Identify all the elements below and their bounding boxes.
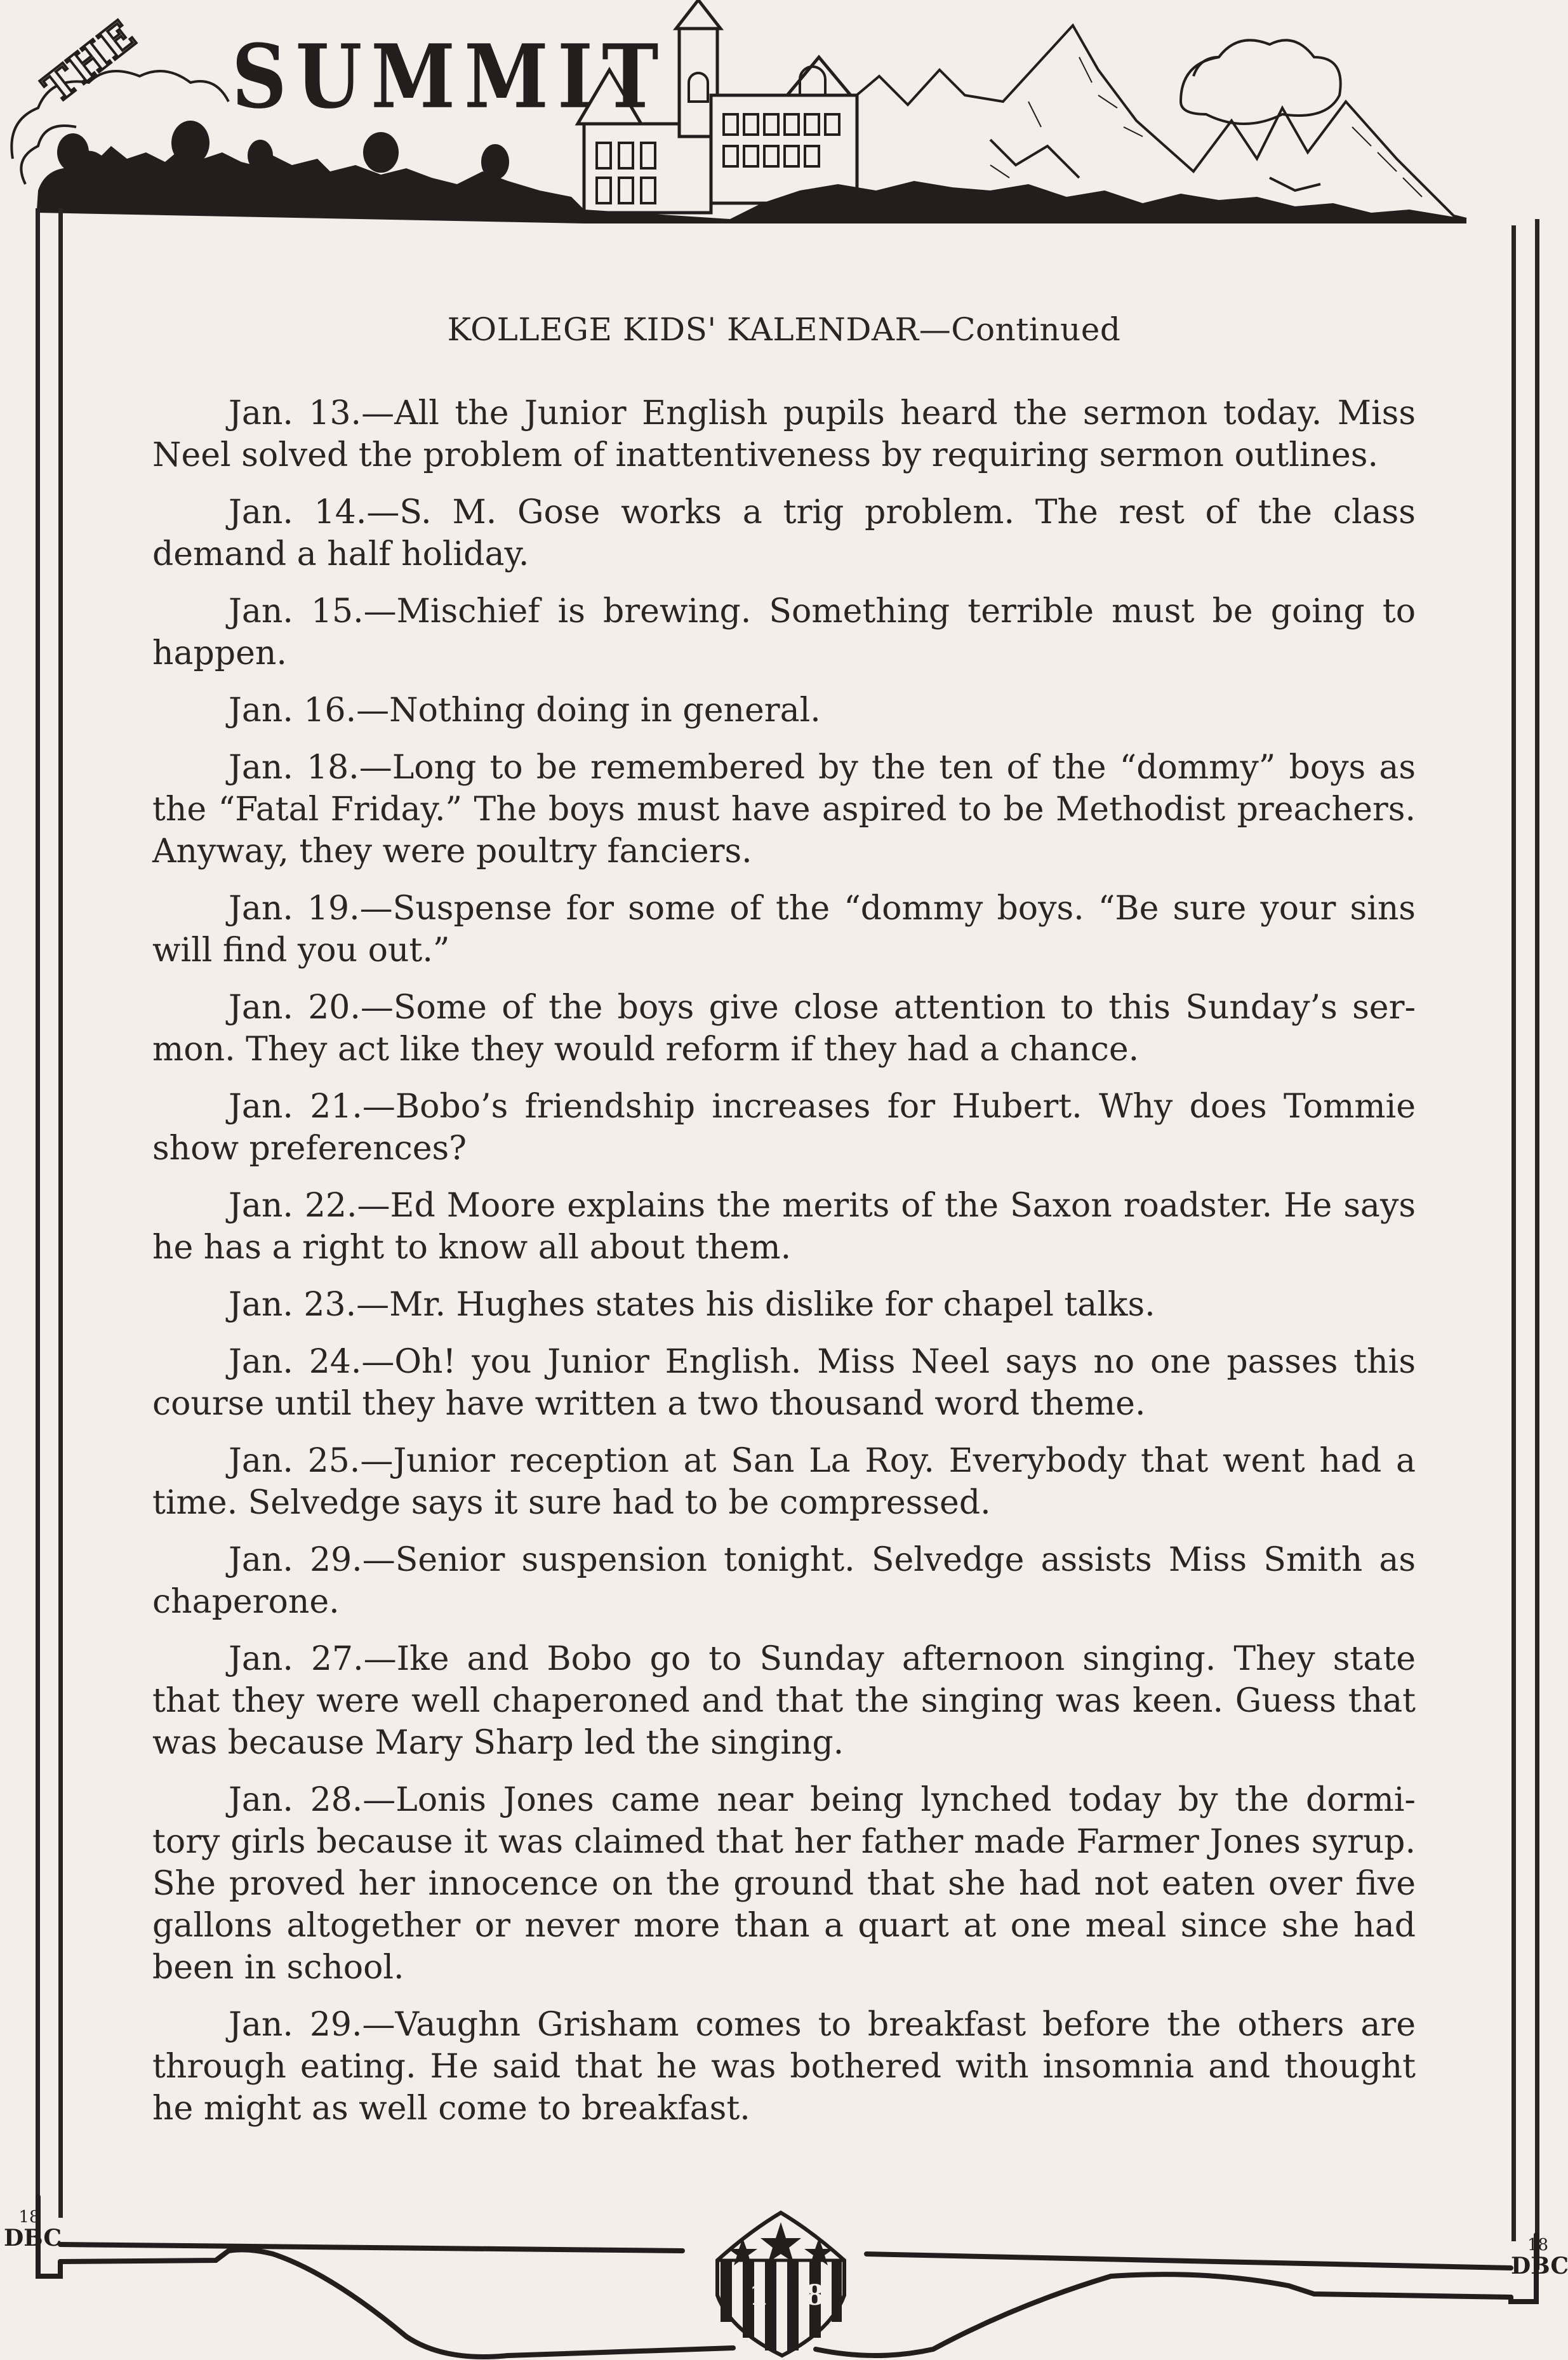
calendar-entry: Jan. 19.—Suspense for some of the “dommy… [152, 888, 1416, 971]
entry-date: Jan. 14. [229, 493, 366, 531]
frame-left-outer-line [36, 208, 40, 2246]
calendar-entry: Jan. 16.—Nothing doing in general. [152, 690, 1416, 731]
entry-date: Jan. 18. [229, 749, 359, 787]
calendar-entry: Jan. 24.—Oh! you Junior English. Miss Ne… [152, 1341, 1416, 1425]
entry-date: Jan. 13. [229, 394, 361, 432]
shield-emblem: 1 8 [717, 2213, 844, 2356]
entry-date: Jan. 29. [229, 2006, 362, 2044]
entry-text: Mr. Hughes states his dislike for chapel… [389, 1286, 1155, 1324]
frame-left-inner-line [58, 208, 63, 2218]
corner-mark-left: 18 DBC [4, 2208, 55, 2250]
entry-date: Jan. 24. [229, 1343, 361, 1381]
header-banner: THE SUMMIT [0, 0, 1568, 254]
corner-letters: DBC [1511, 2254, 1565, 2278]
entry-date: Jan. 29. [229, 1541, 362, 1579]
page-content: KOLLEGE KIDS' KALENDAR—Continued Jan. 13… [152, 311, 1416, 2145]
entry-date: Jan. 22. [229, 1187, 357, 1225]
calendar-entry: Jan. 29.—Senior suspension tonight. Selv… [152, 1539, 1416, 1623]
entry-date: Jan. 28. [229, 1781, 362, 1819]
calendar-entry: Jan. 18.—Long to be remembered by the te… [152, 747, 1416, 872]
calendar-entry: Jan. 13.—All the Junior English pupils h… [152, 392, 1416, 476]
entry-date: Jan. 15. [229, 592, 364, 630]
calendar-entry: Jan. 21.—Bobo’s friendship increases for… [152, 1086, 1416, 1170]
entry-date: Jan. 25. [229, 1442, 360, 1480]
corner-year: 18 [1511, 2236, 1565, 2254]
corner-year: 18 [4, 2208, 55, 2226]
calendar-entry: Jan. 20.—Some of the boys give close att… [152, 987, 1416, 1070]
entry-date: Jan. 19. [229, 890, 360, 928]
title-summit: SUMMIT [232, 25, 667, 128]
entry-date: Jan. 23. [229, 1286, 356, 1324]
calendar-entry: Jan. 22.—Ed Moore explains the merits of… [152, 1185, 1416, 1269]
svg-text:1: 1 [749, 2279, 769, 2312]
footer-ornament: 1 8 [0, 2159, 1568, 2360]
yearbook-page: THE SUMMIT KOLLEGE KIDS' KALENDAR—Contin… [0, 0, 1568, 2360]
calendar-entry: Jan. 14.—S. M. Gose works a trig problem… [152, 491, 1416, 575]
entry-date: Jan. 16. [229, 691, 356, 730]
calendar-entry: Jan. 29.—Vaughn Grisham comes to breakfa… [152, 2004, 1416, 2130]
calendar-entry: Jan. 25.—Junior reception at San La Roy.… [152, 1440, 1416, 1524]
footer-border-and-shield: 1 8 [0, 2159, 1568, 2360]
entry-date: Jan. 27. [229, 1640, 364, 1678]
entry-text: Nothing doing in general. [389, 691, 821, 730]
frame-right-outer-line [1535, 219, 1539, 2270]
corner-mark-right: 18 DBC [1511, 2236, 1565, 2278]
calendar-entry: Jan. 23.—Mr. Hughes states his dislike f… [152, 1284, 1416, 1326]
svg-text:8: 8 [805, 2279, 825, 2312]
calendar-entry: Jan. 28.—Lonis Jones came near being lyn… [152, 1779, 1416, 1989]
calendar-entry: Jan. 15.—Mischief is brewing. Something … [152, 590, 1416, 674]
entry-date: Jan. 20. [229, 989, 361, 1027]
calendar-entry: Jan. 27.—Ike and Bobo go to Sunday after… [152, 1638, 1416, 1764]
frame-right-inner-line [1512, 225, 1516, 2241]
entry-date: Jan. 21. [229, 1088, 362, 1126]
section-title: KOLLEGE KIDS' KALENDAR—Continued [152, 311, 1416, 348]
corner-letters: DBC [4, 2226, 55, 2250]
